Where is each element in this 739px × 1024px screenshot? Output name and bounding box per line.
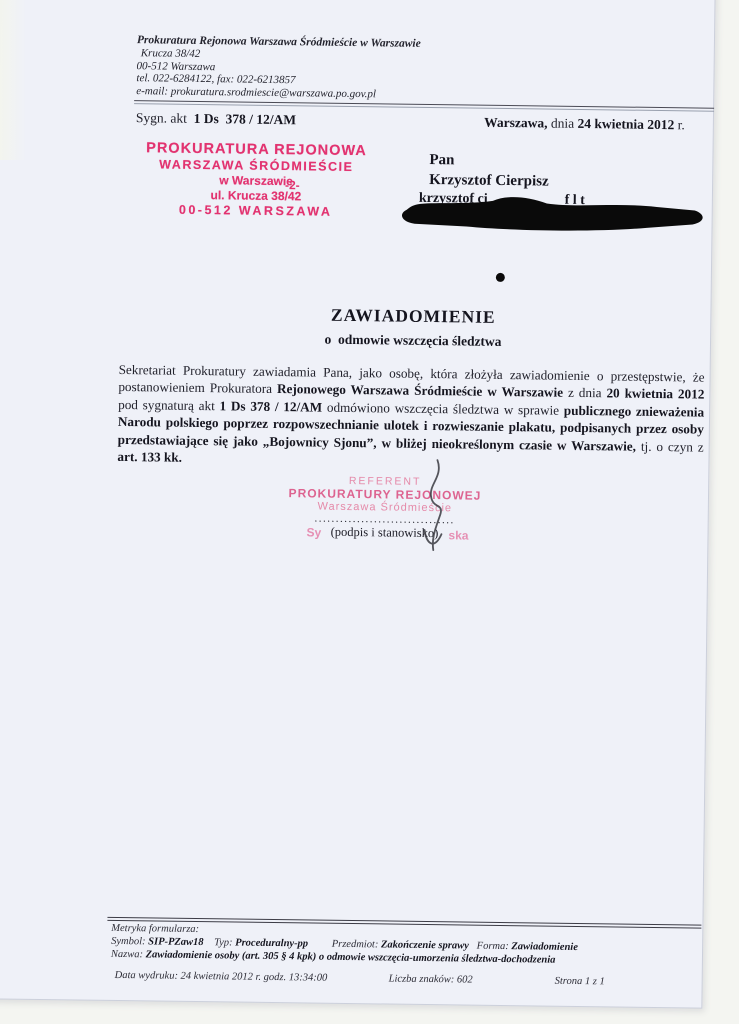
scanned-document-canvas: 00-512 WARSZAWA Prokuratura Rejonowa War… [0, 0, 739, 1024]
body-paragraph: Sekretariat Prokuratury zawiadamia Pana,… [117, 361, 704, 473]
handwritten-signature [408, 458, 455, 555]
scanned-page: 00-512 WARSZAWA Prokuratura Rejonowa War… [0, 0, 716, 1009]
recipient-salutation: Pan [429, 150, 549, 172]
case-reference: Sygn. akt 1 Ds 378 / 12/AM [136, 110, 296, 128]
ink-dot-mark [496, 273, 505, 282]
letterhead: Prokuratura Rejonowa Warszawa Śródmieści… [136, 34, 421, 102]
recipient-block: Pan Krzysztof Cierpisz [429, 150, 549, 192]
dateline: Warszawa, dnia 24 kwietnia 2012 r. [484, 115, 685, 134]
footer-metric-label: Metryka formularza: [111, 923, 199, 935]
scanner-edge-shadow [0, 0, 26, 160]
footer-print-date: Data wydruku: 24 kwietnia 2012 r. godz. … [115, 970, 328, 984]
signature-stamp: REFERENT PROKURATURY REJONOWEJ Warszawa … [255, 474, 515, 515]
header-rule [134, 100, 714, 112]
signature-caption: Sy (podpis i stanowisko) ska [254, 524, 514, 542]
office-stamp-line-1: PROKURATURA REJONOWA [125, 140, 387, 159]
redaction-mark [396, 194, 710, 234]
stamp-page-marker: -2- [285, 178, 300, 192]
document-subtitle: o odmowie wszczęcia śledztwa [133, 329, 693, 352]
footer-page-number: Strona 1 z 1 [555, 976, 605, 988]
document-title: ZAWIADOMIENIE [133, 302, 693, 330]
recipient-name: Krzysztof Cierpisz [429, 170, 549, 192]
signature-name-fragment-left: Sy [306, 525, 321, 539]
office-stamp-line-5: 00-512 WARSZAWA [125, 202, 387, 219]
letterhead-email: e-mail: prokuratura.srodmiescie@warszawa… [136, 85, 420, 102]
office-stamp: PROKURATURA REJONOWA WARSZAWA ŚRÓDMIEŚCI… [125, 140, 388, 219]
footer-char-count: Liczba znaków: 602 [389, 974, 473, 986]
